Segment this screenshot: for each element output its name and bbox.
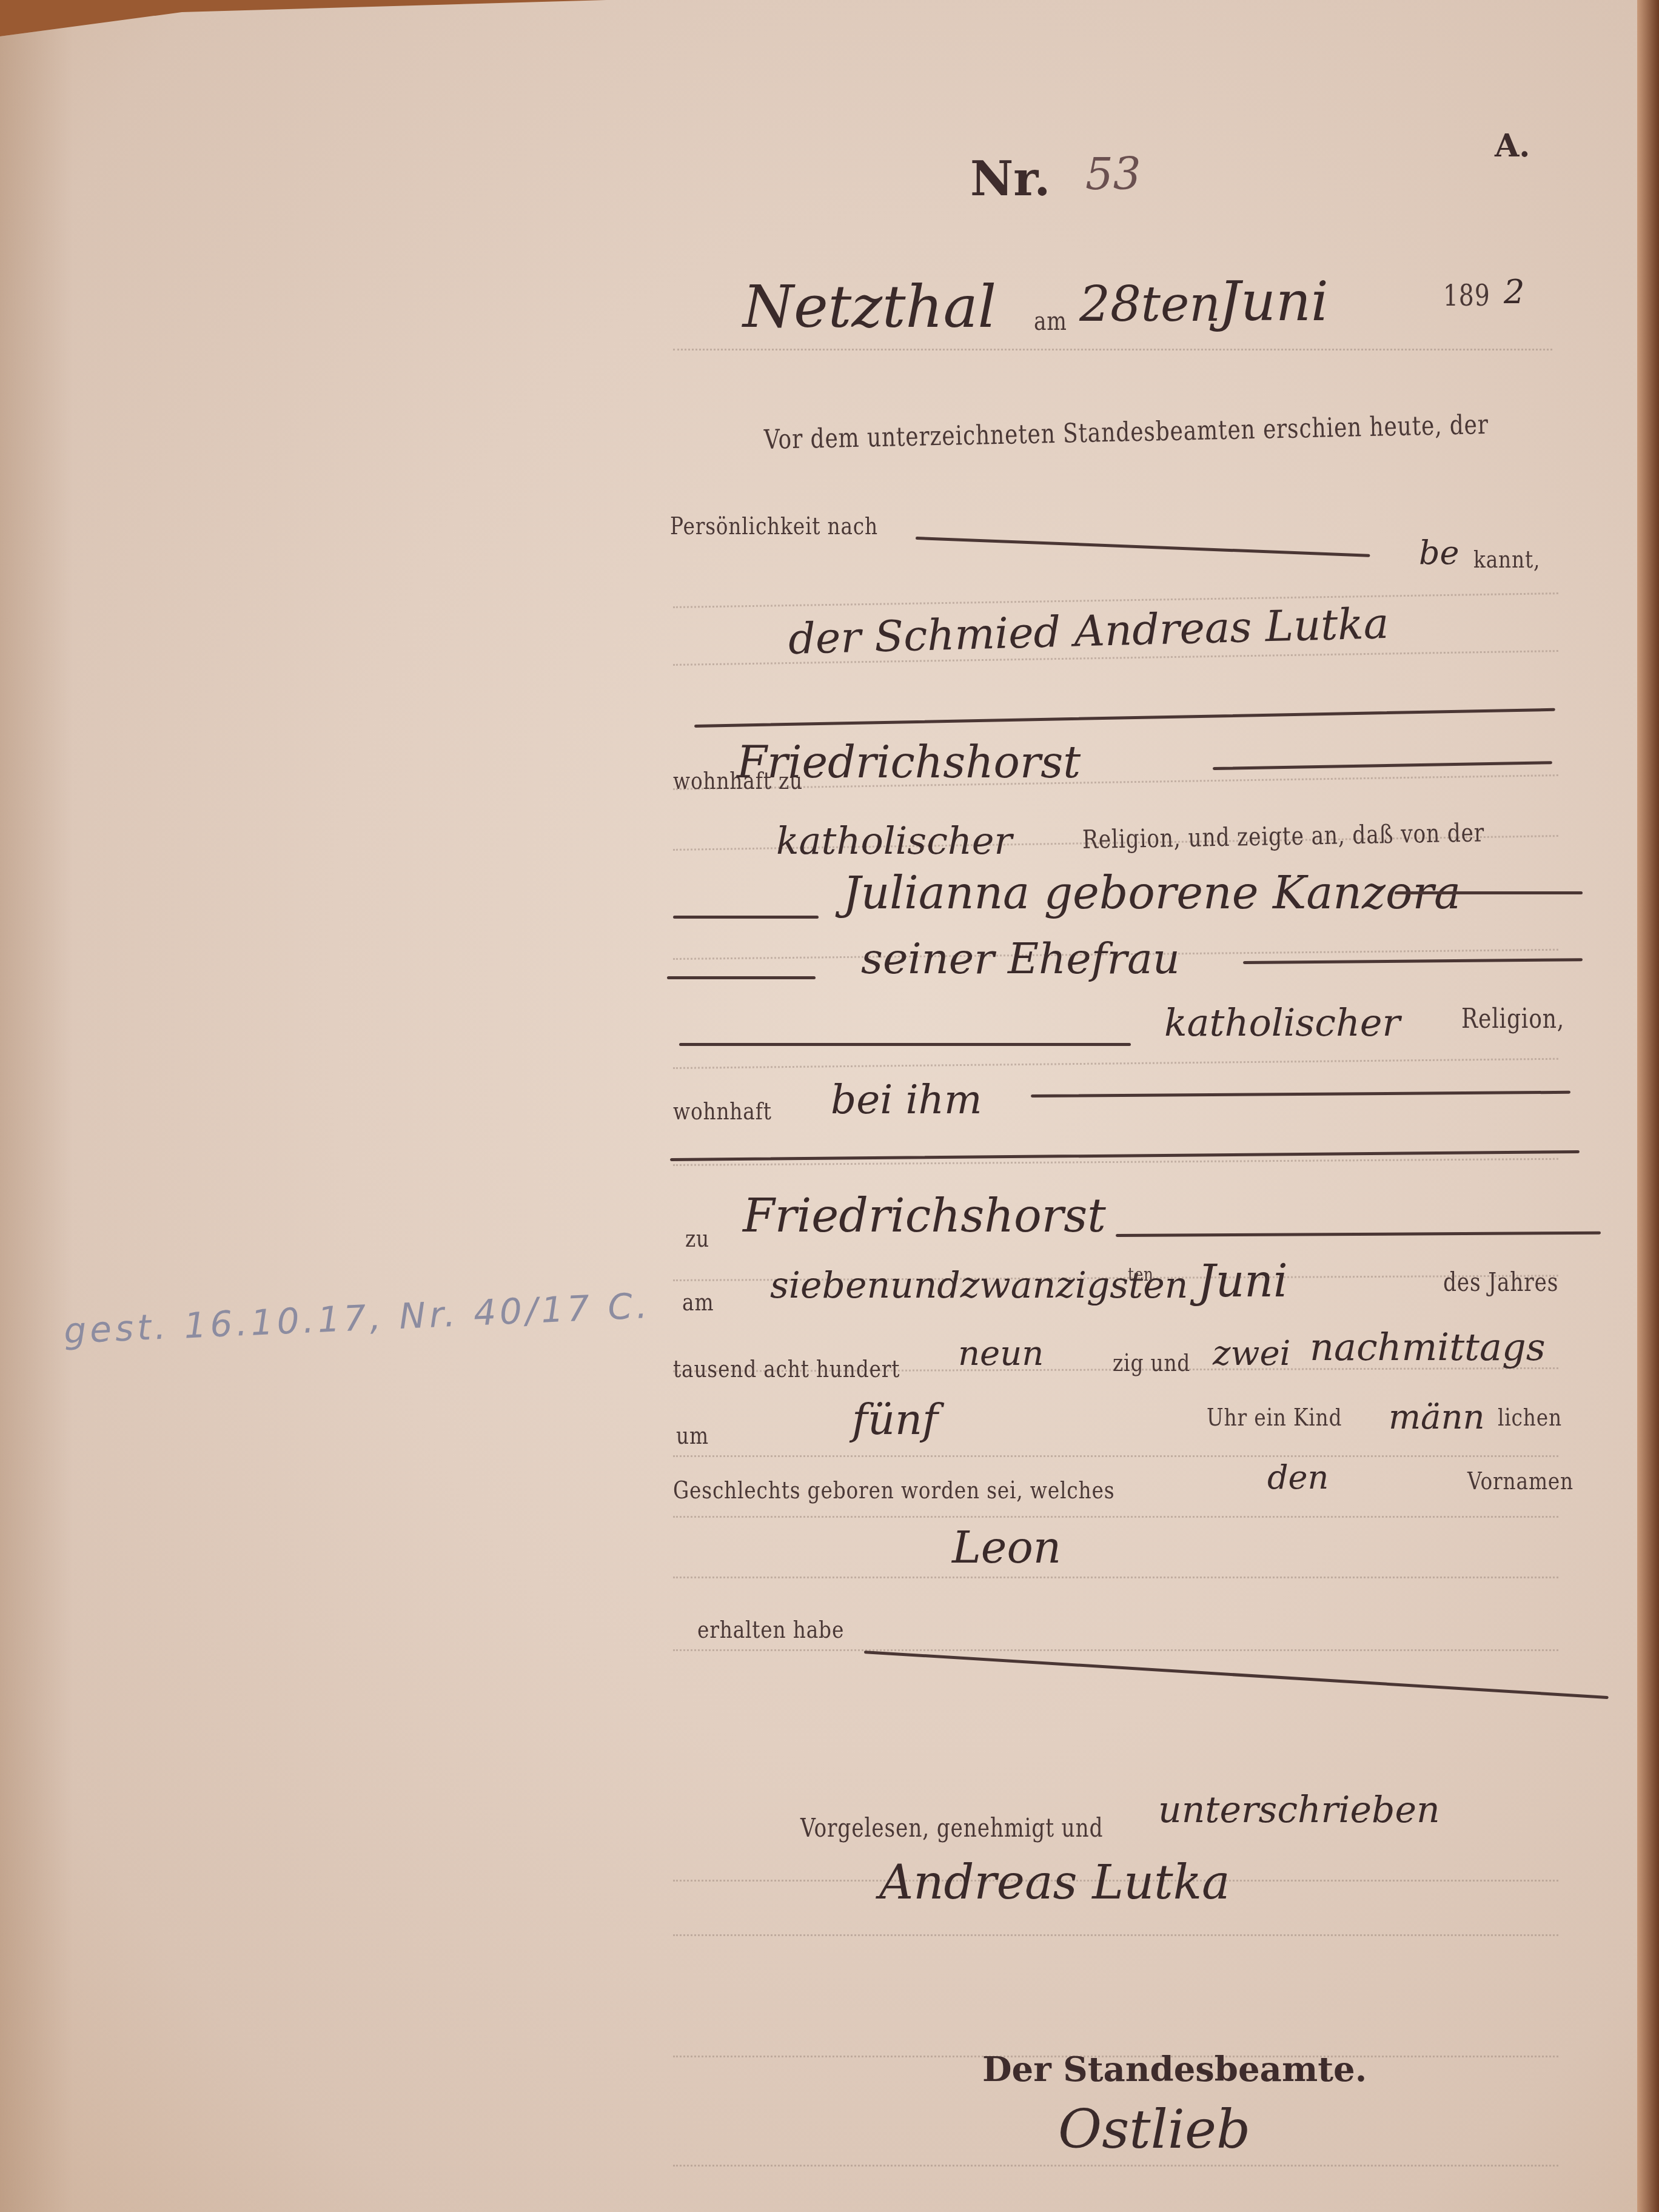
informant-signature: Andreas Lutka: [879, 1855, 1230, 1910]
fill-line: [673, 916, 819, 919]
date-connector: am: [1034, 306, 1067, 336]
registrar-title: Der Standesbeamte.: [982, 2049, 1367, 2090]
guide-line: [673, 1058, 1558, 1069]
read-approved-written: unterschrieben: [1158, 1789, 1440, 1831]
guide-line: [673, 1934, 1558, 1936]
year-zig-und: zig und: [1113, 1349, 1190, 1377]
guide-line: [673, 1516, 1558, 1518]
register-page: A. Nr. 53 Netzthal am 28ten Juni 189 2 V…: [0, 0, 1659, 2212]
birth-month: Juni: [1198, 1255, 1288, 1307]
hour-um-label: um: [676, 1422, 709, 1450]
residence: Friedrichshorst: [737, 737, 1081, 788]
fill-line: [679, 1043, 1131, 1046]
intro-line: Vor dem unterzeichneten Standesbeamten e…: [763, 409, 1489, 455]
strike-line: [916, 537, 1370, 557]
number-label: Nr.: [970, 152, 1050, 207]
series-letter: A.: [1495, 127, 1530, 164]
child-name: Leon: [952, 1522, 1061, 1573]
mother-residence: bei ihm: [831, 1076, 982, 1123]
year-decade: neun: [958, 1334, 1044, 1373]
birth-year-label: des Jahres: [1443, 1267, 1558, 1297]
read-approved-label: Vorgelesen, genehmigt und: [800, 1813, 1103, 1843]
hour: fünf: [852, 1395, 938, 1444]
year-written: 2: [1504, 273, 1524, 311]
time-of-day: nachmittags: [1310, 1325, 1545, 1369]
sex-suffix: lichen: [1498, 1404, 1562, 1432]
hour-label: Uhr ein Kind: [1207, 1404, 1342, 1432]
mother: Julianna geborene Kanzora: [843, 867, 1461, 919]
fill-line: [667, 976, 816, 979]
fill-line: [1243, 958, 1583, 964]
registrar-signature: Ostlieb: [1058, 2098, 1250, 2160]
day: 28ten: [1079, 276, 1221, 332]
year-line-label: tausend acht hundert: [673, 1355, 900, 1383]
mother-religion-label: Religion,: [1461, 1004, 1564, 1034]
birth-day: siebenundzwanzigsten: [770, 1264, 1188, 1307]
birth-day-suffix: ten: [1128, 1264, 1154, 1285]
fill-line: [1116, 1232, 1601, 1237]
mother-religion: katholischer: [1164, 1000, 1400, 1045]
guide-line: [673, 1455, 1558, 1457]
birthplace-label: zu: [685, 1225, 709, 1253]
guide-line: [673, 1577, 1558, 1578]
place: Netzthal: [743, 273, 996, 341]
strike-line: [864, 1651, 1609, 1699]
month: Juni: [1219, 270, 1329, 333]
religion-label: Religion, und zeigte an, daß von der: [1082, 817, 1485, 854]
given-names-label: Vornamen: [1467, 1467, 1574, 1495]
fill-line: [1031, 1091, 1570, 1098]
fill-line: [1213, 761, 1552, 770]
margin-note: gest. 16.10.17, Nr. 40/17 C.: [63, 1285, 652, 1352]
number-value: 53: [1085, 149, 1141, 199]
known-prefix: be: [1419, 534, 1460, 572]
book-spine-edge: [1637, 0, 1659, 2212]
sex: männ: [1389, 1398, 1485, 1437]
fill-line: [694, 708, 1555, 728]
guide-line: [673, 1649, 1558, 1651]
relation: seiner Ehefrau: [861, 934, 1180, 984]
guide-line: [673, 349, 1552, 350]
received-label: erhalten habe: [697, 1616, 844, 1644]
personal-known-label: Persönlichkeit nach: [670, 512, 878, 540]
page-shadow: [0, 0, 73, 2212]
birthplace: Friedrichshorst: [743, 1188, 1106, 1242]
year-unit: zwei: [1213, 1334, 1291, 1373]
name-article: den: [1267, 1458, 1329, 1496]
gender-line-label: Geschlechts geboren worden sei, welches: [673, 1476, 1114, 1504]
known-suffix: kannt,: [1473, 546, 1540, 574]
year-printed: 189: [1443, 279, 1490, 313]
fill-line: [1395, 891, 1583, 894]
informant-religion: katholischer: [776, 819, 1012, 863]
guide-line: [673, 2165, 1558, 2167]
mother-residence-label: wohnhaft: [673, 1098, 772, 1125]
date-am-label: am: [682, 1289, 714, 1316]
